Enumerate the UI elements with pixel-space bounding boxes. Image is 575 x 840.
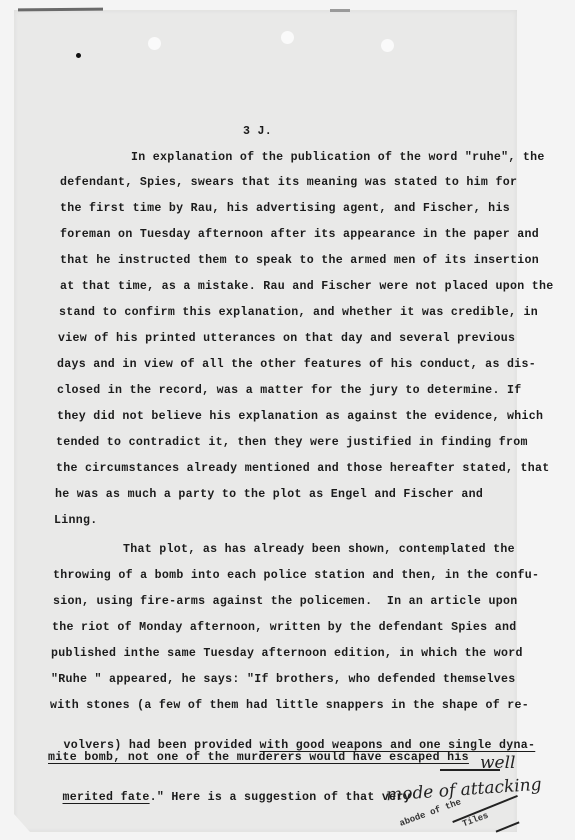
paragraph-1-line: Linng. bbox=[54, 514, 98, 528]
paragraph-2-line: published inthe same Tuesday afternoon e… bbox=[51, 647, 523, 661]
paragraph-1-line: In explanation of the publication of the… bbox=[131, 151, 545, 165]
folded-corner bbox=[14, 814, 30, 832]
ink-dot bbox=[76, 53, 81, 58]
paragraph-2-line: merited fate." Here is a suggestion of t… bbox=[48, 777, 411, 805]
line-text: ." Here is a suggestion of that very bbox=[150, 791, 411, 804]
paragraph-2-line: sion, using fire-arms against the police… bbox=[53, 595, 517, 609]
paragraph-1-line: foreman on Tuesday afternoon after its a… bbox=[60, 228, 539, 242]
paragraph-2-line: with stones (a few of them had little sn… bbox=[50, 699, 529, 713]
page-edge-mark bbox=[330, 9, 350, 12]
paragraph-2-line: throwing of a bomb into each police stat… bbox=[53, 569, 539, 583]
paragraph-1-line: the first time by Rau, his advertising a… bbox=[60, 202, 510, 216]
underlined-line: mite bomb, not one of the murderers woul… bbox=[48, 751, 469, 765]
punch-hole bbox=[281, 31, 294, 44]
handwritten-underline bbox=[440, 769, 500, 771]
paragraph-1-line: days and in view of all the other featur… bbox=[57, 358, 536, 372]
paragraph-2-line: "Ruhe " appeared, he says: "If brothers,… bbox=[51, 673, 515, 687]
paragraph-2-line: the riot of Monday afternoon, written by… bbox=[52, 621, 516, 635]
paragraph-1-line: tended to contradict it, then they were … bbox=[56, 436, 528, 450]
paragraph-2-line: volvers) had been provided with good wea… bbox=[49, 725, 535, 753]
punch-hole bbox=[148, 37, 161, 50]
page-number: 3 J. bbox=[243, 125, 272, 139]
paragraph-1-line: they did not believe his explanation as … bbox=[57, 410, 543, 424]
paragraph-1-line: view of his printed utterances on that d… bbox=[58, 332, 515, 346]
underlined-text: merited fate bbox=[63, 791, 150, 804]
paragraph-1-line: he was as much a party to the plot as En… bbox=[55, 488, 483, 502]
paragraph-1-line: the circumstances already mentioned and … bbox=[56, 462, 550, 476]
paragraph-1-line: defendant, Spies, swears that its meanin… bbox=[60, 176, 517, 190]
paragraph-1-line: at that time, as a mistake. Rau and Fisc… bbox=[60, 280, 554, 294]
paragraph-2-line: That plot, as has already been shown, co… bbox=[123, 543, 515, 557]
paragraph-1-line: stand to confirm this explanation, and w… bbox=[59, 306, 538, 320]
paragraph-1-line: closed in the record, was a matter for t… bbox=[57, 384, 521, 398]
punch-hole bbox=[381, 39, 394, 52]
paragraph-1-line: that he instructed them to speak to the … bbox=[60, 254, 539, 268]
